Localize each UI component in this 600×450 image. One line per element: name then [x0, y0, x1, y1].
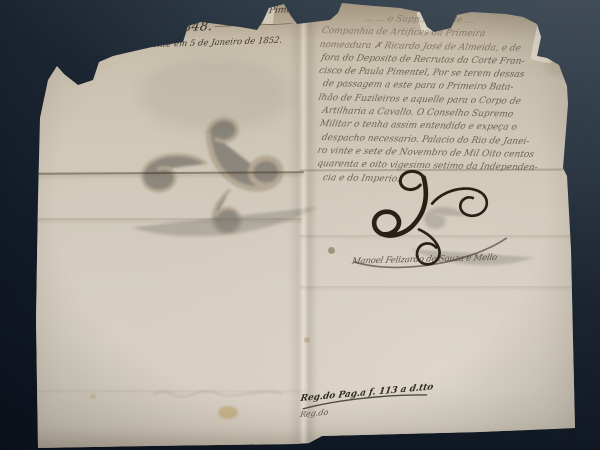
- stain: [328, 247, 335, 254]
- body-text-line: … … o Supp.mo … de …: [318, 12, 577, 30]
- body-text-line: Militar o tenha assim entendido e expeça…: [316, 118, 575, 136]
- body-text-line: Companhia de Artifices da Primeira: [318, 25, 577, 43]
- stain: [90, 394, 96, 399]
- body-text-line: cia e do Imperio.: [315, 172, 574, 190]
- soft-crease-left: [36, 218, 302, 224]
- top-left-annotations: Justª … ao Alferes Francisco de Paula Pi…: [42, 4, 333, 54]
- torn-edge-flap: [261, 5, 275, 24]
- paper-edge-shading: [0, 0, 600, 450]
- horizontal-crease-left: [36, 171, 304, 174]
- body-text-line: Artilharia a Cavallo. O Conselho Supremo: [317, 105, 576, 123]
- body-text-line: cisco de Paula Pimentel, Por se terem de…: [317, 65, 576, 83]
- document-paper: Justª … ao Alferes Francisco de Paula Pi…: [0, 0, 600, 450]
- registry-annotation: Reg.do Pag.a f. 113 a d.tto Reg.do: [300, 380, 462, 420]
- body-text-line: fora do Deposito de Recrutas da Corte Fr…: [318, 52, 577, 70]
- stain: [545, 58, 571, 76]
- soft-crease-right-upper: [300, 235, 572, 240]
- minister-signature: Manoel Felizardo de Souza e Mello: [351, 251, 553, 266]
- registry-underline-swash: [301, 390, 431, 411]
- stain: [218, 406, 238, 419]
- body-text-line: nomeadura ✗ Ricardo José de Almeida, e d…: [318, 39, 577, 57]
- body-text-line: ro vinte e sete de Novembro de Mil Oito …: [316, 145, 575, 163]
- vertical-center-fold: [288, 0, 318, 450]
- ink-showthrough-flourish: [89, 91, 346, 275]
- annotation-line: F. Ap.º o Snr. José do Monte em 5 de Jan…: [43, 34, 334, 54]
- torn-edge-flap: [416, 9, 435, 34]
- registry-line: Reg.do Pag.a f. 113 a d.tto: [300, 380, 461, 404]
- annotation-line: Justª … ao Alferes Francisco de Paula Pi…: [41, 4, 332, 24]
- body-text-line: de passagem a este para o Primeiro Bata-: [317, 78, 576, 96]
- soft-crease-right-lower: [300, 286, 574, 291]
- photo-of-manuscript: Justª … ao Alferes Francisco de Paula Pi…: [0, 0, 600, 450]
- imperial-rubric-signature: [326, 158, 530, 285]
- ink-showthrough-curl: [395, 186, 550, 274]
- horizontal-crease-right: [300, 169, 568, 172]
- stain: [304, 337, 310, 343]
- registry-line-small: Reg.do: [299, 396, 460, 419]
- annotation-date-line: 22 de Dezembro de 1848.: [42, 15, 334, 40]
- torn-edge-flap: [530, 20, 560, 64]
- text-showthrough-squiggle: [150, 386, 285, 402]
- body-text-line: quarenta e oito vigesimo setimo da Indep…: [316, 158, 575, 176]
- body-text-line: lhão de Fuzileiros e aquelle para o Corp…: [317, 92, 576, 110]
- soft-crease-bottom-left: [36, 390, 306, 394]
- decree-body-text: … … o Supp.mo … de … Companhia de Artifi…: [317, 12, 576, 190]
- smudge-stain: [140, 58, 290, 130]
- body-text-line: despacho necessario. Palacio do Rio de J…: [316, 132, 575, 150]
